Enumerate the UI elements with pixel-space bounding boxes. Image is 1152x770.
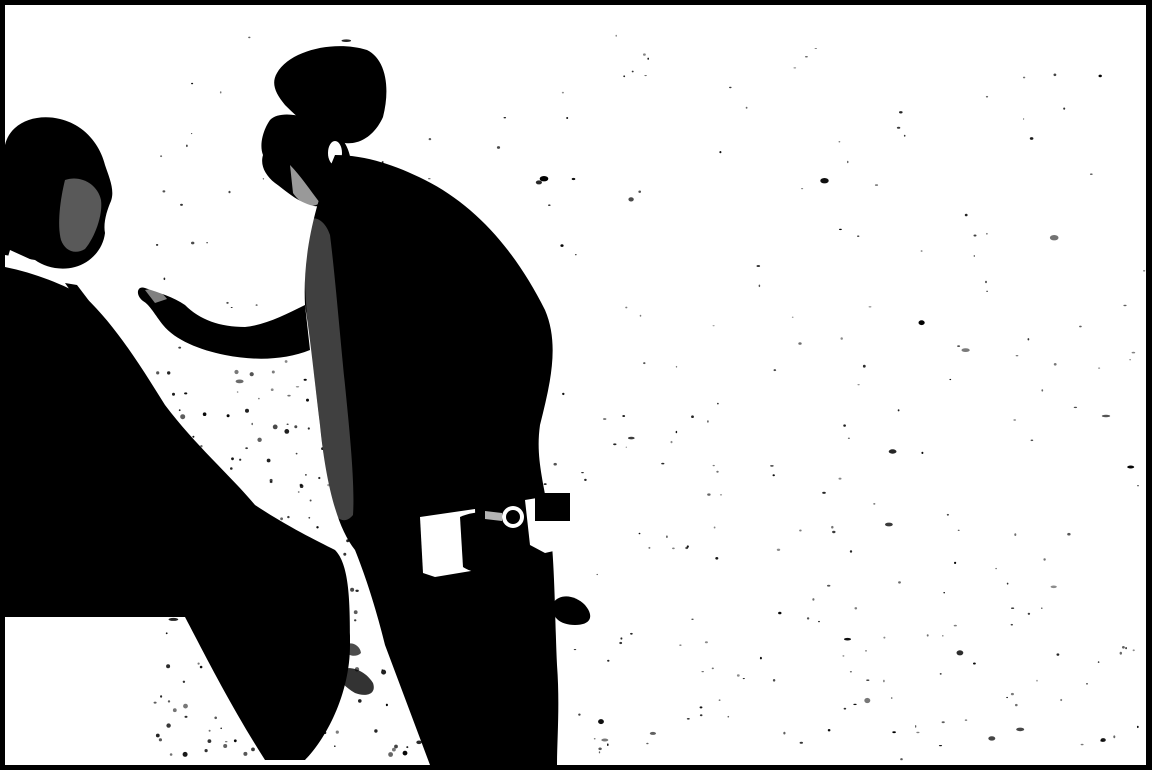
photo-canvas — [5, 5, 1146, 765]
photograph — [5, 5, 1146, 765]
photo-frame — [0, 0, 1152, 770]
